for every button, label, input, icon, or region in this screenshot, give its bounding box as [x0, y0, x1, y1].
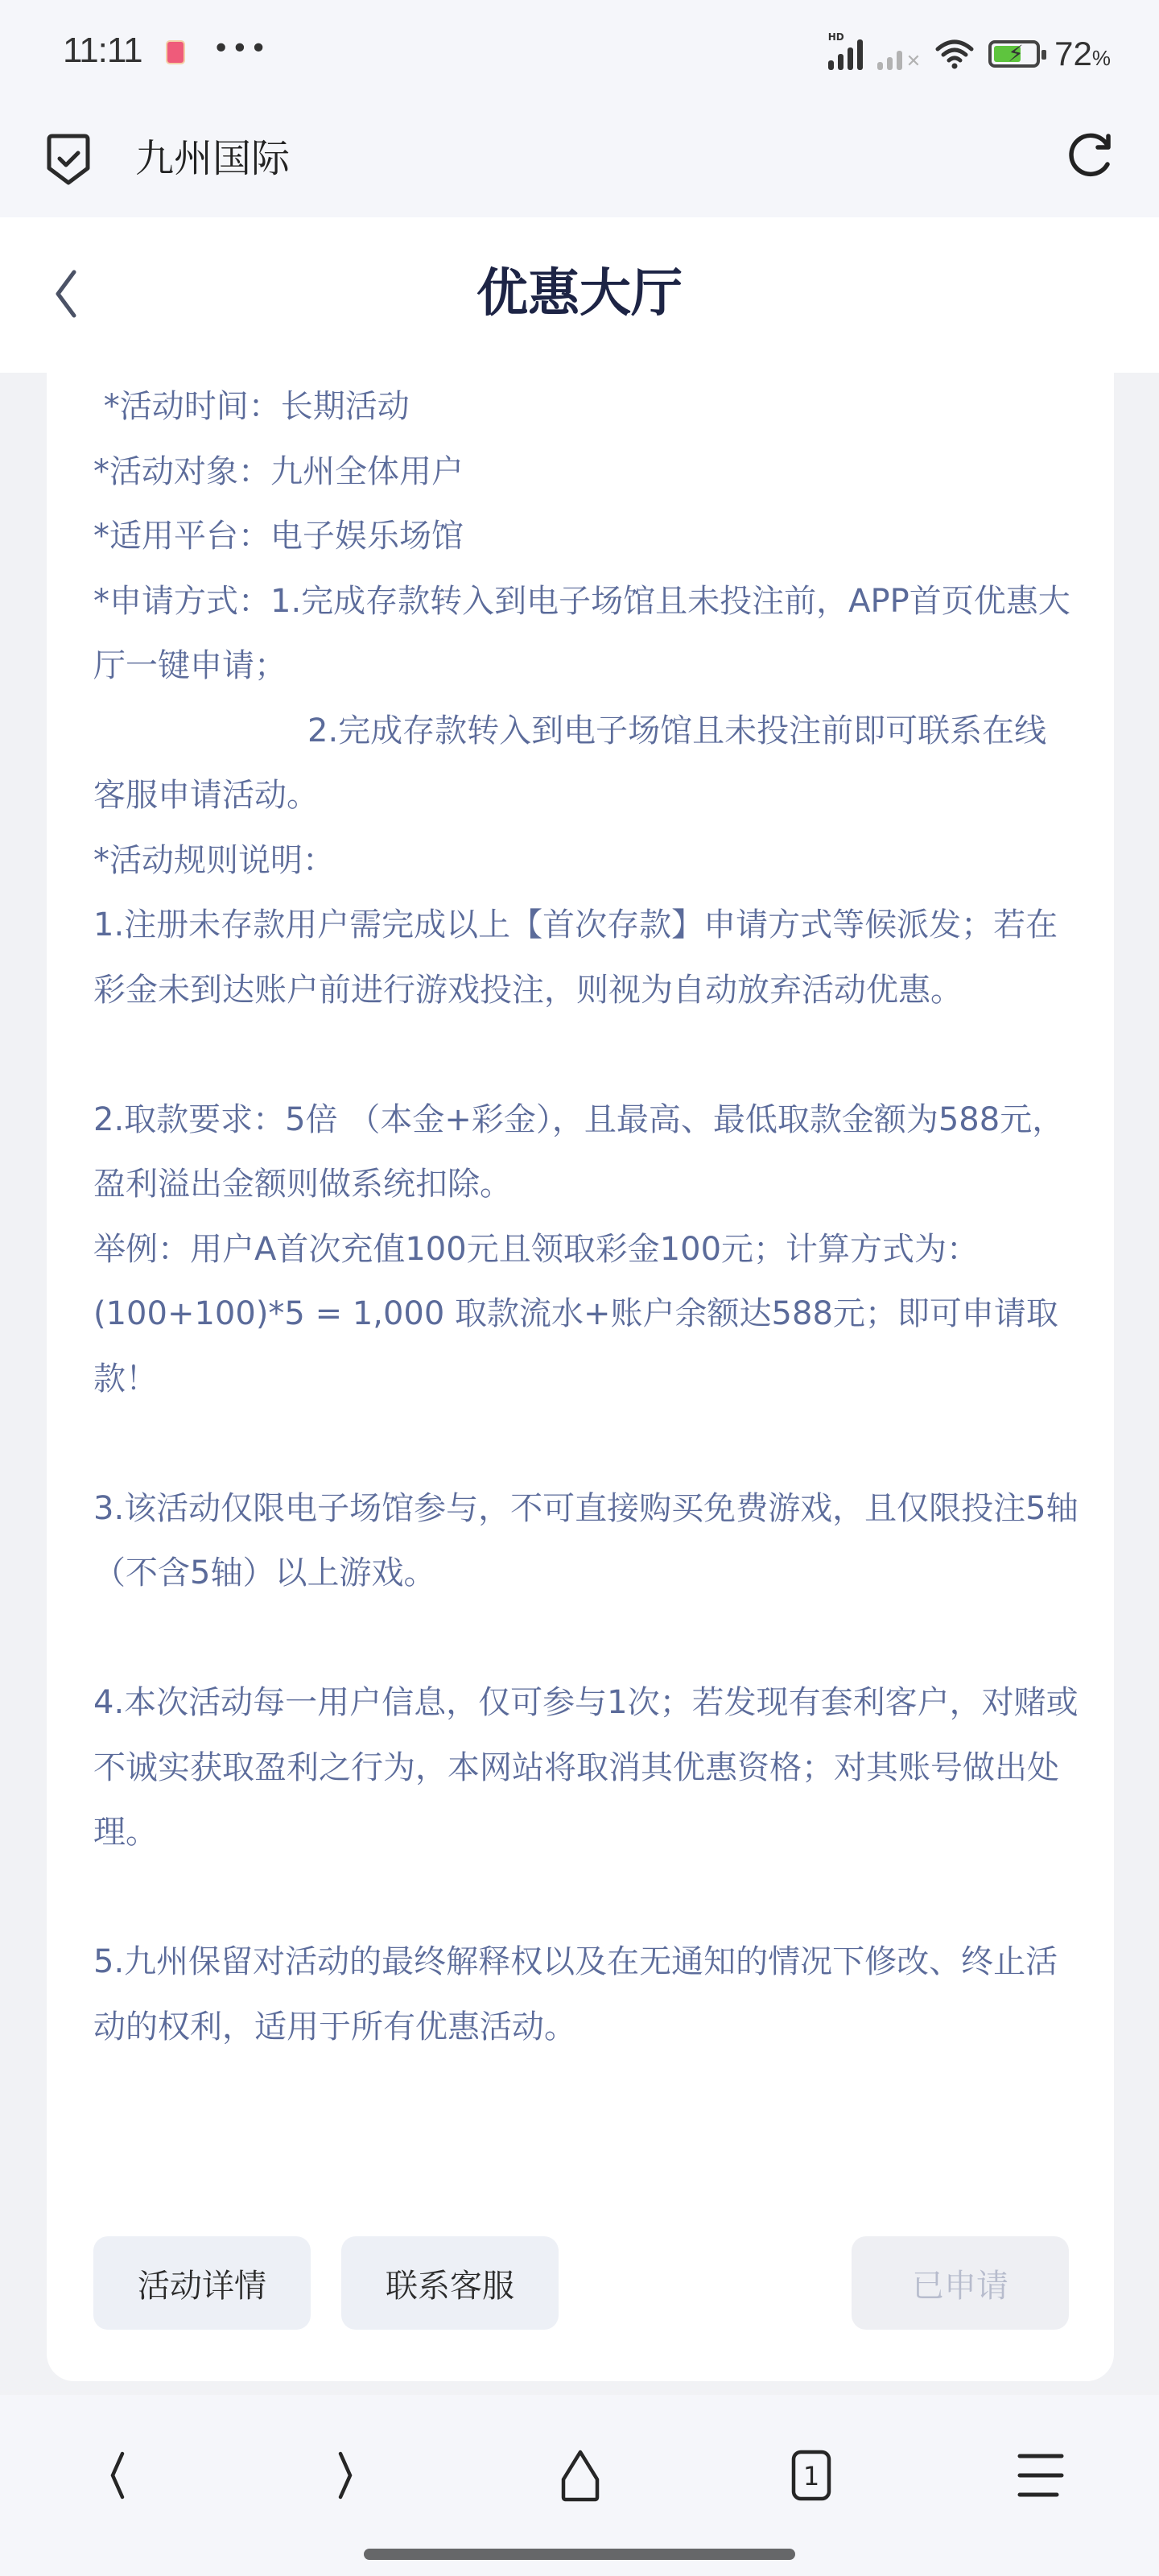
status-indicators: HD ✕ ⚡ 72% — [828, 34, 1111, 74]
promotion-details: *活动时间：长期活动 *活动对象：九州全体用户 *适用平台：电子娱乐场馆 *申请… — [93, 374, 1079, 2059]
applied-button: 已申请 — [852, 2236, 1069, 2330]
apply-method-1: *申请方式：1.完成存款转入到电子场馆且未投注前，APP首页优惠大厅一键申请； — [93, 569, 1079, 699]
wifi-icon — [935, 38, 974, 70]
shield-check-icon[interactable] — [44, 131, 93, 188]
svg-text:1: 1 — [803, 2461, 819, 2491]
page-header: 优惠大厅 — [0, 217, 1159, 373]
page-title: 优惠大厅 — [0, 258, 1159, 330]
chevron-right-icon — [331, 2447, 363, 2504]
activity-details-button[interactable]: 活动详情 — [93, 2236, 311, 2330]
rule-4: 4.本次活动每一用户信息，仅可参与1次；若发现有套利客户，对赌或不诚实获取盈利之… — [93, 1670, 1079, 1865]
status-time: 11:11 — [63, 31, 142, 71]
more-notifications-icon: ••• — [212, 32, 269, 65]
apply-method-2: 2.完成存款转入到电子场馆且未投注前即可联系在线客服申请活动。 — [93, 699, 1079, 828]
app-notification-icon — [166, 40, 185, 64]
chevron-left-icon — [100, 2447, 132, 2504]
battery-percent: 72% — [1054, 35, 1111, 73]
hd-label: HD — [828, 31, 844, 43]
home-icon — [560, 2449, 600, 2502]
rule-5: 5.九州保留对活动的最终解释权以及在无通知的情况下修改、终止活动的权利，适用于所… — [93, 1930, 1079, 2059]
contact-service-button[interactable]: 联系客服 — [341, 2236, 559, 2330]
rule-1: 1.注册未存款用户需完成以上【首次存款】申请方式等候派发；若在彩金未到达账户前进… — [93, 893, 1079, 1022]
reload-icon[interactable] — [1062, 126, 1119, 183]
activity-target: *活动对象：九州全体用户 — [93, 440, 1079, 505]
nav-menu-button[interactable] — [1008, 2443, 1073, 2508]
tabs-icon: 1 — [790, 2449, 832, 2502]
nav-forward-button[interactable] — [315, 2443, 379, 2508]
browser-toolbar: 九州国际 — [0, 109, 1159, 217]
activity-time: *活动时间：长期活动 — [93, 374, 1079, 440]
activity-platform: *适用平台：电子娱乐场馆 — [93, 504, 1079, 569]
menu-icon — [1017, 2451, 1065, 2500]
signal-icon: HD — [828, 38, 863, 70]
signal-2-no-service-icon: ✕ — [877, 38, 921, 70]
rules-heading: *活动规则说明： — [93, 828, 1079, 894]
nav-back-button[interactable] — [84, 2443, 148, 2508]
site-title: 九州国际 — [135, 126, 290, 191]
nav-tabs-button[interactable]: 1 — [779, 2443, 843, 2508]
nav-home-button[interactable] — [548, 2443, 612, 2508]
home-indicator[interactable] — [364, 2549, 795, 2560]
rule-3: 3.该活动仅限电子场馆参与，不可直接购买免费游戏，且仅限投注5轴（不含5轴）以上… — [93, 1476, 1079, 1606]
promotion-card: *活动时间：长期活动 *活动对象：九州全体用户 *适用平台：电子娱乐场馆 *申请… — [47, 373, 1114, 2381]
battery-icon: ⚡ — [988, 40, 1040, 68]
status-bar: 11:11 ••• HD ✕ ⚡ 72% — [0, 0, 1159, 109]
rule-2-example: 举例：用户A首次充值100元且领取彩金100元；计算方式为：(100+100)*… — [93, 1217, 1079, 1412]
rule-2: 2.取款要求：5倍 （本金+彩金），且最高、最低取款金额为588元，盈利溢出金额… — [93, 1088, 1079, 1217]
